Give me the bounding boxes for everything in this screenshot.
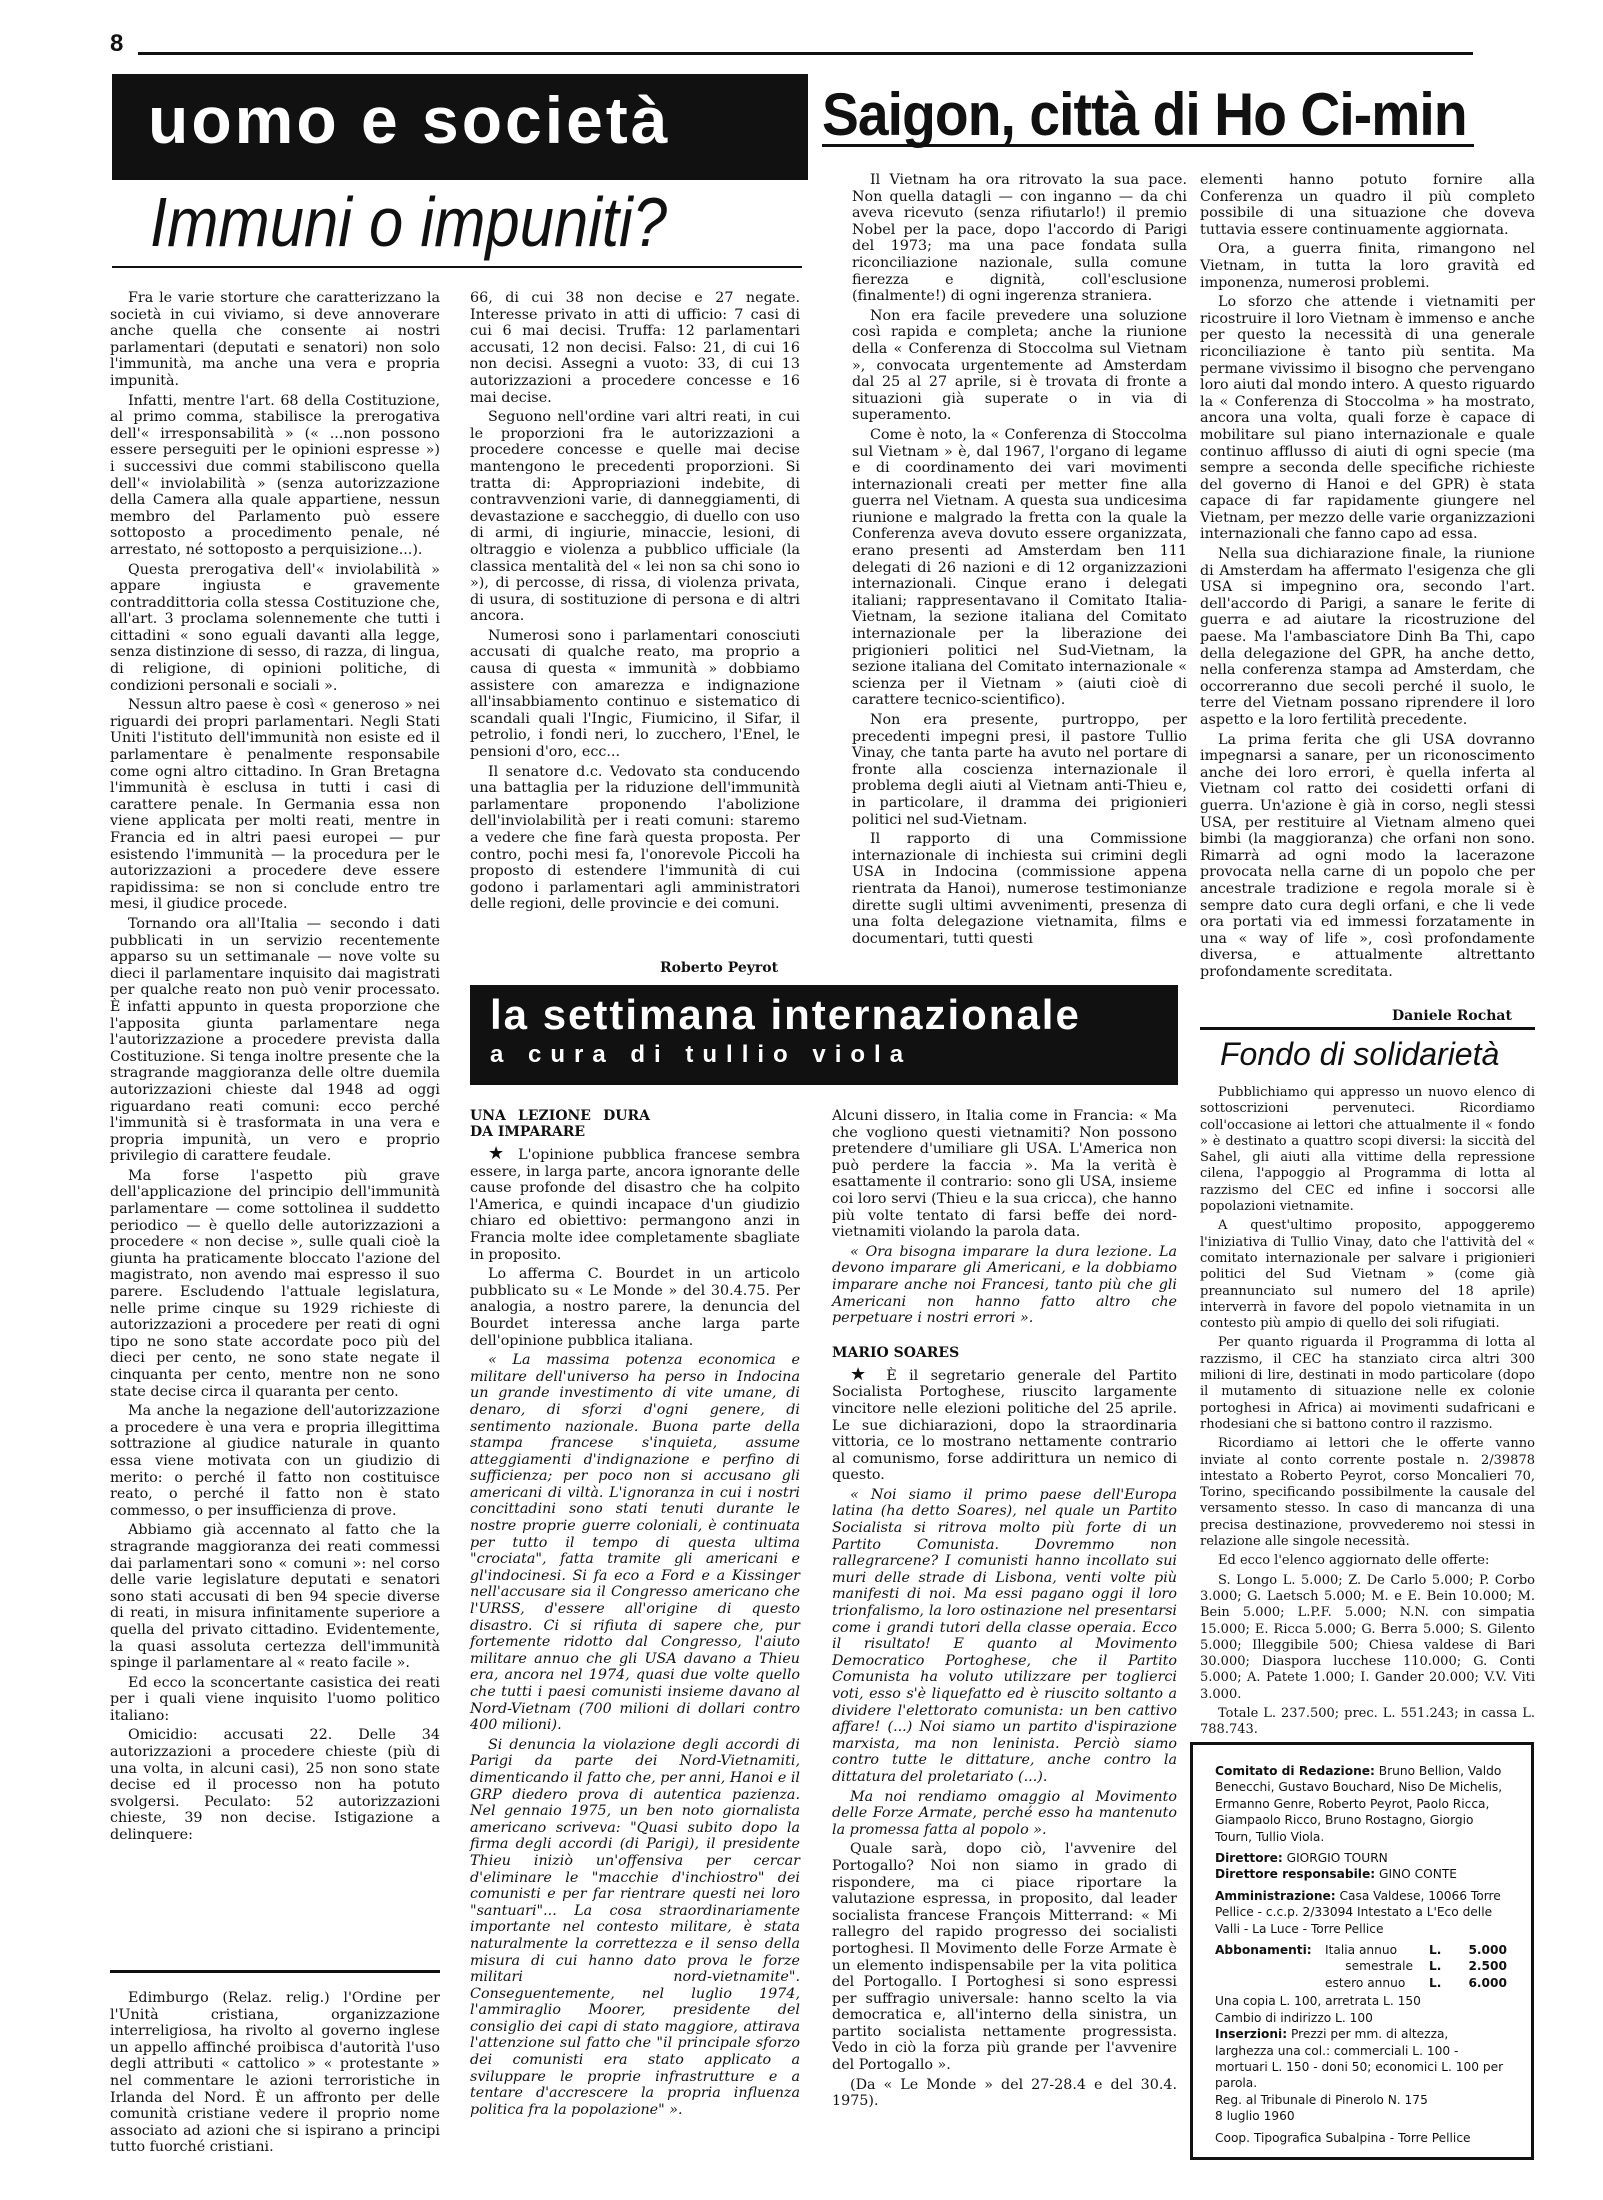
comitato-label: Comitato di Redazione: — [1215, 1764, 1375, 1778]
amministrazione-label: Amministrazione: — [1215, 1889, 1336, 1903]
paragraph: Infatti, mentre l'art. 68 della Costituz… — [110, 393, 440, 559]
paragraph: Fra le varie storture che caratterizzano… — [110, 290, 440, 390]
paragraph: Numerosi sono i parlamentari conosciuti … — [470, 628, 800, 761]
paragraph: Non era facile prevedere una soluzione c… — [852, 308, 1187, 424]
star-icon: ★ — [850, 1364, 874, 1385]
page-number: 8 — [110, 30, 123, 58]
author-byline: Roberto Peyrot — [660, 960, 778, 976]
brief-edimburgo: Edimburgo (Relaz. relig.) l'Ordine per l… — [110, 1990, 440, 2159]
paragraph: Seguono nell'ordine vari altri reati, in… — [470, 409, 800, 625]
paragraph: Il senatore d.c. Vedovato sta conducendo… — [470, 764, 800, 913]
paragraph: Abbiamo già accennato al fatto che la st… — [110, 1522, 440, 1671]
paragraph: 66, di cui 38 non decise e 27 negate. In… — [470, 290, 800, 406]
paragraph: Si denuncia la violazione degli accordi … — [470, 1737, 800, 2119]
fondo-body: Pubblichiamo qui appresso un nuovo elenc… — [1200, 1085, 1535, 1742]
paragraph: elementi hanno potuto fornire alla Confe… — [1200, 172, 1535, 238]
section-band-subtitle: a cura di tullio viola — [490, 1041, 912, 1069]
paragraph: Tornando ora all'Italia — secondo i dati… — [110, 916, 440, 1165]
abbonamenti-label: Abbonamenti: — [1215, 1942, 1325, 1991]
paragraph: Questa prerogativa dell'« inviolabilità … — [110, 562, 440, 695]
paragraph: Il Vietnam ha ora ritrovato la sua pace.… — [852, 172, 1187, 305]
paragraph: Lo afferma C. Bourdet in un articolo pub… — [470, 1266, 800, 1349]
abbonamento-row: estero annuo L. 6.000 — [1325, 1975, 1507, 1991]
article-immuni-col2: 66, di cui 38 non decise e 27 negate. In… — [470, 290, 800, 916]
direttore-value: GIORGIO TOURN — [1287, 1851, 1388, 1865]
article-saigon-col1: Il Vietnam ha ora ritrovato la sua pace.… — [852, 172, 1187, 950]
paragraph: Nessun altro paese è così « generoso » n… — [110, 697, 440, 913]
article-immuni-col1: Fra le varie storture che caratterizzano… — [110, 290, 440, 1847]
paragraph: (Da « Le Monde » del 27-28.4 e del 30.4.… — [832, 2077, 1177, 2110]
paragraph: « Noi siamo il primo paese dell'Europa l… — [832, 1487, 1177, 1786]
tipografia: Coop. Tipografica Subalpina - Torre Pell… — [1215, 2130, 1507, 2146]
section-band-title: la settimana internazionale — [490, 991, 1081, 1039]
abbonamento-row: Italia annuo L. 5.000 — [1325, 1942, 1507, 1958]
paragraph: « Ora bisogna imparare la dura lezione. … — [832, 1244, 1177, 1327]
paragraph: Quale sarà, dopo ciò, l'avvenire del Por… — [832, 1841, 1177, 2073]
paragraph: Come è noto, la « Conferenza di Stoccolm… — [852, 427, 1187, 709]
article-saigon-col2: elementi hanno potuto fornire alla Confe… — [1200, 172, 1535, 984]
paragraph: Il rapporto di una Commissione internazi… — [852, 831, 1187, 947]
paragraph: È il segretario generale del Partito Soc… — [832, 1368, 1177, 1484]
paragraph: Omicidio: accusati 22. Delle 34 autorizz… — [110, 1727, 440, 1843]
colophon-box: Comitato di Redazione: Bruno Bellion, Va… — [1190, 1742, 1534, 2160]
paragraph: Nella sua dichiarazione finale, la riuni… — [1200, 546, 1535, 729]
vertical-divider — [800, 74, 808, 180]
paragraph: Pubblichiamo qui appresso un nuovo elenc… — [1200, 1085, 1535, 1215]
section-band-uomo-e-societa: uomo e società — [112, 74, 802, 180]
paragraph: Ricordiamo ai lettori che le offerte van… — [1200, 1436, 1535, 1550]
paragraph: Ora, a guerra finita, rimangono nel Viet… — [1200, 241, 1535, 291]
headline-fondo: Fondo di solidarietà — [1220, 1036, 1499, 1073]
paragraph: Ed ecco l'elenco aggiornato delle offert… — [1200, 1553, 1535, 1569]
paragraph: « La massima potenza economica e militar… — [470, 1352, 800, 1734]
paragraph: Ma noi rendiamo omaggio al Movimento del… — [832, 1789, 1177, 1839]
paragraph: Non era presente, purtroppo, per precede… — [852, 712, 1187, 828]
paragraph: Lo sforzo che attende i vietnamiti per r… — [1200, 294, 1535, 543]
headline-rule — [822, 144, 1474, 147]
paragraph: A quest'ultimo proposito, appoggeremo l'… — [1200, 1218, 1535, 1332]
section-heading: UNA LEZIONE DURA DA IMPARARE — [470, 1108, 650, 1140]
headline-rule — [112, 266, 802, 268]
section-band-title: uomo e società — [148, 82, 670, 158]
paragraph: Ed ecco la sconcertante casistica dei re… — [110, 1675, 440, 1725]
donor-list: S. Longo L. 5.000; Z. De Carlo 5.000; P.… — [1200, 1573, 1535, 1703]
cambio-indirizzo: Cambio di indirizzo L. 100 — [1215, 2010, 1507, 2026]
direttore-label: Direttore: — [1215, 1851, 1283, 1865]
responsabile-label: Direttore responsabile: — [1215, 1867, 1375, 1881]
paragraph: L'opinione pubblica francese sembra esse… — [470, 1147, 800, 1263]
star-icon: ★ — [488, 1143, 509, 1164]
author-byline: Daniele Rochat — [1392, 1008, 1512, 1024]
paragraph: Per quanto riguarda il Programma di lott… — [1200, 1335, 1535, 1433]
responsabile-value: GINO CONTE — [1379, 1867, 1457, 1881]
headline-immuni: Immuni o impuniti? — [150, 182, 667, 262]
fund-total: Totale L. 237.500; prec. L. 551.243; in … — [1200, 1706, 1535, 1739]
section-rule — [1200, 1027, 1535, 1030]
paragraph: Edimburgo (Relaz. relig.) l'Ordine per l… — [110, 1990, 440, 2156]
paragraph: La prima ferita che gli USA dovranno imp… — [1200, 732, 1535, 981]
abbonamento-row: semestrale L. 2.500 — [1325, 1958, 1507, 1974]
section-rule — [110, 1970, 440, 1973]
section-heading: MARIO SOARES — [832, 1345, 1177, 1361]
paragraph: Alcuni dissero, in Italia come in Franci… — [832, 1108, 1177, 1241]
copia-price: Una copia L. 100, arretrata L. 150 — [1215, 1993, 1507, 2009]
paragraph: Ma anche la negazione dell'autorizzazion… — [110, 1403, 440, 1519]
top-rule — [138, 52, 1473, 55]
section-band-settimana: la settimana internazionale a cura di tu… — [470, 985, 1178, 1085]
paragraph: Ma forse l'aspetto più grave dell'applic… — [110, 1168, 440, 1400]
settimana-col1: UNA LEZIONE DURA DA IMPARARE ★ L'opinion… — [470, 1108, 800, 2121]
registrazione: Reg. al Tribunale di Pinerolo N. 175 — [1215, 2092, 1507, 2108]
registrazione-data: 8 luglio 1960 — [1215, 2108, 1507, 2124]
settimana-col2: Alcuni dissero, in Italia come in Franci… — [832, 1108, 1177, 2113]
inserzioni-label: Inserzioni: — [1215, 2027, 1287, 2041]
